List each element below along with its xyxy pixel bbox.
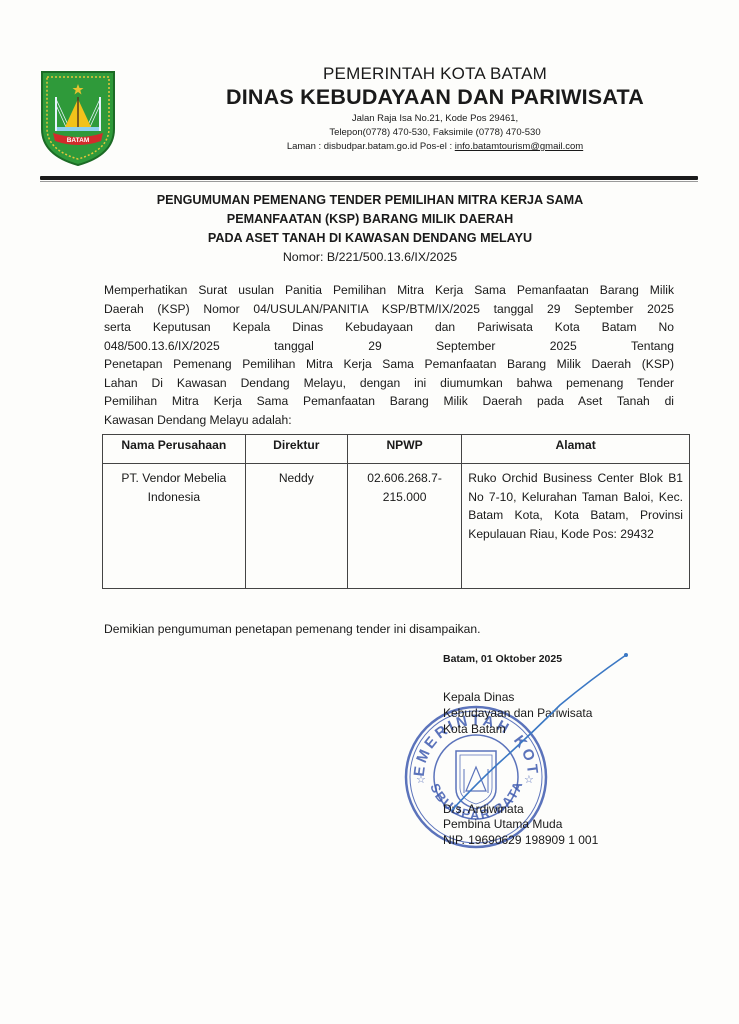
body-line: serta Keputusan Kepala Dinas Kebudayaan … bbox=[104, 318, 674, 337]
document-title-line3: PADA ASET TANAH DI KAWASAN DENDANG MELAY… bbox=[100, 231, 640, 245]
table-header-row: Nama Perusahaan Direktur NPWP Alamat bbox=[103, 435, 690, 464]
government-name: PEMERINTAH KOTA BATAM bbox=[130, 64, 739, 84]
cell-director: Neddy bbox=[245, 464, 347, 589]
body-line: Daerah (KSP) Nomor 04/USULAN/PANITIA KSP… bbox=[104, 300, 674, 319]
body-paragraph: Memperhatikan Surat usulan Panitia Pemil… bbox=[104, 281, 674, 429]
email-link[interactable]: info.batamtourism@gmail.com bbox=[455, 141, 583, 152]
cell-company: PT. Vendor Mebelia Indonesia bbox=[103, 464, 246, 589]
body-line: 048/500.13.6/IX/2025 tanggal 29 Septembe… bbox=[104, 337, 674, 356]
letterhead-divider-thin bbox=[40, 181, 698, 182]
website-text: Laman : disbudpar.batam.go.id Pos-el : bbox=[287, 141, 455, 152]
svg-text:☆: ☆ bbox=[416, 774, 426, 786]
header-npwp: NPWP bbox=[347, 435, 461, 464]
svg-text:BATAM: BATAM bbox=[67, 137, 90, 144]
document-title-line2: PEMANFAATAN (KSP) BARANG MILIK DAERAH bbox=[100, 212, 640, 226]
document-title-line1: PENGUMUMAN PEMENANG TENDER PEMILIHAN MIT… bbox=[100, 193, 640, 207]
document-number: Nomor: B/221/500.13.6/IX/2025 bbox=[100, 250, 640, 264]
cell-npwp: 02.606.268.7-215.000 bbox=[347, 464, 461, 589]
closing-statement: Demikian pengumuman penetapan pemenang t… bbox=[104, 622, 481, 636]
winner-table: Nama Perusahaan Direktur NPWP Alamat PT.… bbox=[102, 434, 690, 589]
city-coat-of-arms-icon: BATAM bbox=[39, 69, 117, 167]
address-line: Jalan Raja Isa No.21, Kode Pos 29461, bbox=[130, 113, 739, 124]
letterhead-divider bbox=[40, 176, 698, 180]
cell-address: Ruko Orchid Business Center Blok B1 No 7… bbox=[462, 464, 690, 589]
handwritten-signature-icon bbox=[440, 650, 630, 820]
body-line: Memperhatikan Surat usulan Panitia Pemil… bbox=[104, 281, 674, 300]
header-director: Direktur bbox=[245, 435, 347, 464]
signer-nip: NIP. 19690629 198909 1 001 bbox=[443, 833, 598, 847]
web-email-line: Laman : disbudpar.batam.go.id Pos-el : i… bbox=[130, 141, 739, 152]
department-name: DINAS KEBUDAYAAN DAN PARIWISATA bbox=[130, 85, 739, 110]
header-address: Alamat bbox=[462, 435, 690, 464]
body-line: Penetapan Pemenang Pemilihan Mitra Kerja… bbox=[104, 355, 674, 374]
header-company: Nama Perusahaan bbox=[103, 435, 246, 464]
body-line: Kawasan Dendang Melayu adalah: bbox=[104, 411, 674, 430]
table-row: PT. Vendor Mebelia Indonesia Neddy 02.60… bbox=[103, 464, 690, 589]
phone-line: Telepon(0778) 470-530, Faksimile (0778) … bbox=[130, 127, 739, 138]
body-line: Lahan Di Kawasan Dendang Melayu, dengan … bbox=[104, 374, 674, 393]
body-line: Pemilihan Mitra Kerja Sama Pemanfaatan B… bbox=[104, 392, 674, 411]
